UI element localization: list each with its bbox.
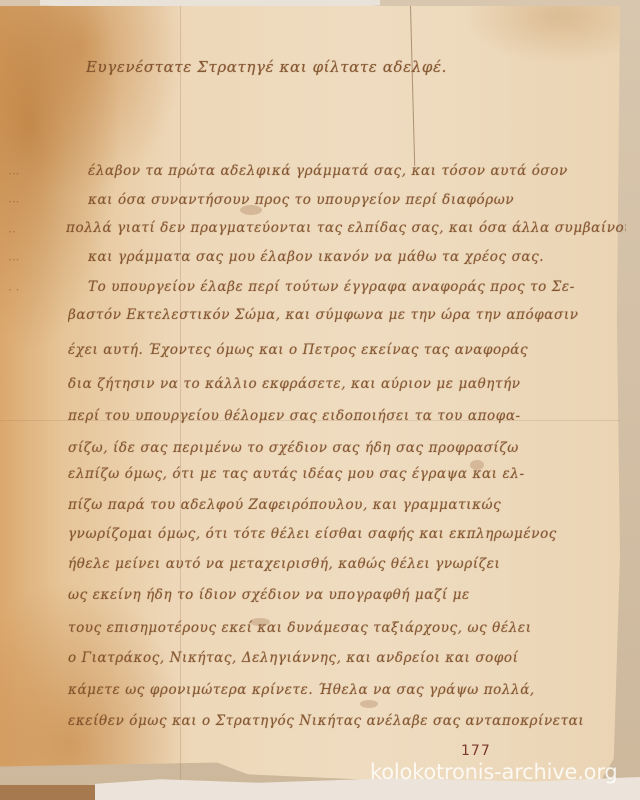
- letter-line: ως εκείνη ήδη το ίδιον σχέδιον να υπογρα…: [68, 587, 628, 603]
- letter-line: περί του υπουργείου θέλομεν σας ειδοποιή…: [68, 408, 628, 424]
- folio-number: 177: [461, 743, 491, 759]
- letter-line: ελπίζω όμως, ότι με τας αυτάς ιδέας μου …: [68, 466, 628, 482]
- letter-line: εκείθεν όμως και ο Στρατηγός Νικήτας ανέ…: [68, 713, 628, 729]
- letter-line: ο Γιατράκος, Νικήτας, Δεληγιάννης, και α…: [68, 650, 628, 666]
- letter-line: πίζω παρά του αδελφού Ζαφειρόπουλου, και…: [68, 497, 628, 513]
- letter-line: βαστόν Εκτελεστικόν Σώμα, και σύμφωνα με…: [68, 307, 628, 323]
- letter-line: δια ζήτησιν να το κάλλιο εκφράσετε, και …: [68, 376, 628, 392]
- letter-line: έλαβον τα πρώτα αδελφικά γράμματά σας, κ…: [88, 163, 640, 179]
- letter-line: τους επισημοτέρους εκεί και δυνάμεσας τα…: [68, 620, 628, 636]
- letter-line: και γράμματα σας μου έλαβον ικανόν να μά…: [88, 249, 640, 265]
- letter-salutation: Ευγενέστατε Στρατηγέ και φίλτατε αδελφέ.: [86, 58, 640, 76]
- archive-watermark: kolokotronis-archive.org: [370, 760, 618, 784]
- margin-note: ···: [8, 195, 19, 209]
- letter-line: σίζω, ίδε σας περιμένω το σχέδιον σας ήδ…: [68, 440, 628, 456]
- letter-line: πολλά γιατί δεν πραγματεύονται τας ελπίδ…: [66, 220, 626, 236]
- margin-note: ···: [8, 167, 19, 181]
- handwritten-text: Ευγενέστατε Στρατηγέ και φίλτατε αδελφέ.…: [0, 0, 640, 800]
- letter-line: ήθελε μείνει αυτό να μεταχειρισθή, καθώς…: [68, 556, 628, 572]
- margin-note: ··: [8, 225, 16, 239]
- margin-note: · ·: [8, 283, 19, 297]
- scan-edge: [0, 785, 100, 800]
- margin-note: ···: [8, 253, 19, 267]
- letter-line: και όσα συναντήσουν προς το υπουργείον π…: [88, 192, 640, 208]
- letter-line: έχει αυτή. Έχοντες όμως και ο Πετρος εκε…: [68, 342, 628, 358]
- letter-line: Το υπουργείον έλαβε περί τούτων έγγραφα …: [88, 279, 640, 295]
- letter-line: κάμετε ως φρονιμώτερα κρίνετε. Ήθελα να …: [68, 682, 628, 698]
- letter-line: γνωρίζομαι όμως, ότι τότε θέλει είσθαι σ…: [68, 526, 628, 542]
